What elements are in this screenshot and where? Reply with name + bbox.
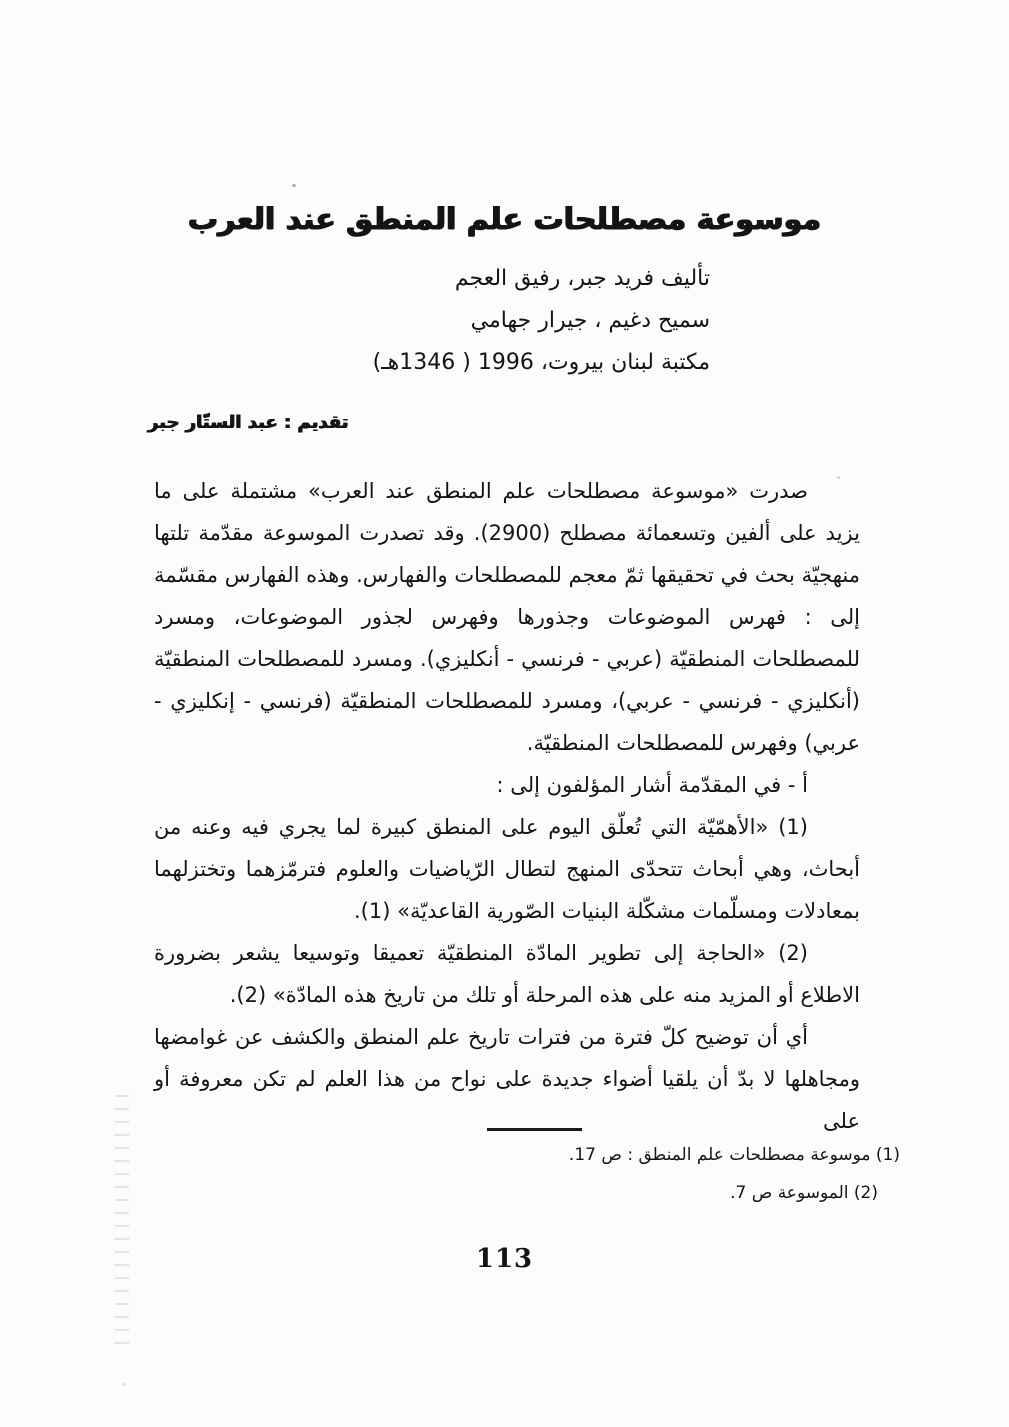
paragraph-closing: أي أن توضيح كلّ فترة من فترات تاريخ علم … xyxy=(154,1016,860,1142)
paragraph-quote-2: (2) «الحاجة إلى تطوير المادّة المنطقيّة … xyxy=(154,932,860,1016)
book-title: موسوعة مصطلحات علم المنطق عند العرب xyxy=(0,202,1009,237)
publisher-line: مكتبة لبنان بيروت، 1996 ( 1346هـ) xyxy=(373,342,710,384)
author-block: تأليف فريد جبر، رفيق العجم سميح دغيم ، ج… xyxy=(373,258,710,384)
presenter-heading: تقديم : عبد الستّار جبر xyxy=(148,412,349,433)
author-line-2: سميح دغيم ، جيرار جهامي xyxy=(373,300,710,342)
footnote-2: (2) الموسوعة ص 7. xyxy=(569,1174,900,1212)
footnotes: (1) موسوعة مصطلحات علم المنطق : ص 17. (2… xyxy=(569,1136,900,1212)
scan-speck xyxy=(122,1383,125,1386)
scanned-document-page: موسوعة مصطلحات علم المنطق عند العرب تألي… xyxy=(0,0,1009,1427)
scan-noise-artifact xyxy=(115,1095,129,1350)
paragraph-overview: صدرت «موسوعة مصطلحات علم المنطق عند العر… xyxy=(154,470,860,764)
page-number: 113 xyxy=(0,1244,1009,1274)
footnote-separator xyxy=(487,1128,582,1131)
paragraph-quote-1: (1) «الأهمّيّة التي تُعلّق اليوم على الم… xyxy=(154,806,860,932)
scan-speck xyxy=(837,476,840,479)
body-text: صدرت «موسوعة مصطلحات علم المنطق عند العر… xyxy=(154,470,860,1142)
footnote-1: (1) موسوعة مصطلحات علم المنطق : ص 17. xyxy=(569,1136,900,1174)
paragraph-intro-lead: أ - في المقدّمة أشار المؤلفون إلى : xyxy=(154,764,860,806)
author-line-1: تأليف فريد جبر، رفيق العجم xyxy=(373,258,710,300)
scan-speck xyxy=(292,184,296,187)
